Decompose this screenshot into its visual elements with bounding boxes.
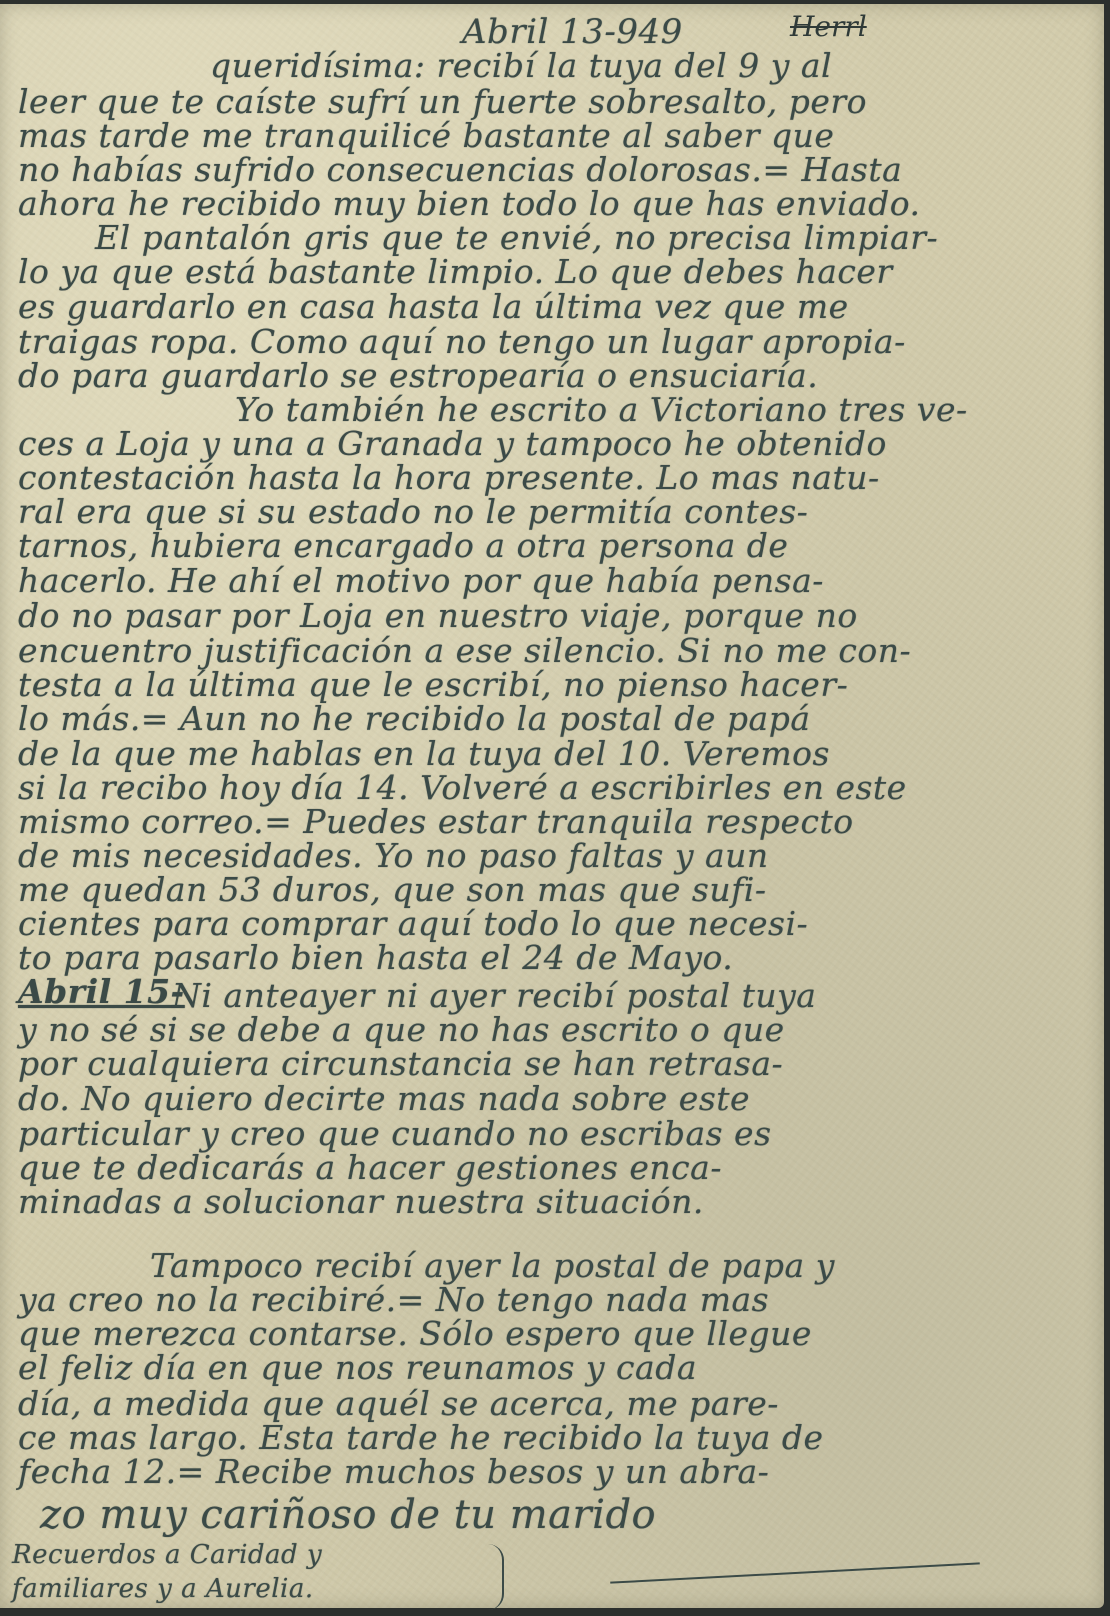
letter-line: lo más.= Aun no he recibido la postal de… [18, 699, 811, 738]
postscript-line: familiares y a Aurelia. [12, 1574, 314, 1604]
letter-line: es guardarlo en casa hasta la última vez… [18, 287, 849, 326]
letter-line: queridísima: recibí la tuya del 9 y al [210, 46, 832, 85]
letter-line: do. No quiero decirte mas nada sobre est… [18, 1079, 750, 1118]
letter-line: fecha 12.= Recibe muchos besos y un abra… [18, 1452, 769, 1491]
letter-line: el feliz día en que nos reunamos y cada [18, 1348, 697, 1387]
signature-flourish [610, 1562, 980, 1583]
crossed-out-word: Herrl [790, 10, 867, 43]
letter-line: tarnos, hubiera encargado a otra persona… [18, 526, 788, 565]
letter-line: por cualquiera circunstancia se han retr… [18, 1044, 783, 1083]
letter-line: lo ya que está bastante limpio. Lo que d… [18, 252, 893, 291]
postscript-bracket [488, 1544, 504, 1610]
letter-closing: zo muy cariñoso de tu marido [40, 1492, 656, 1538]
letter-line: do no pasar por Loja en nuestro viaje, p… [18, 596, 858, 635]
letter-page: Abril 13-949 Herrl queridísima: recibí l… [0, 4, 1104, 1608]
postscript-line: Recuerdos a Caridad y [12, 1540, 322, 1570]
margin-date: Abril 15- [18, 972, 185, 1011]
letter-line: minadas a solucionar nuestra situación. [18, 1182, 704, 1221]
letter-line: hacerlo. He ahí el motivo por que había … [18, 561, 824, 600]
